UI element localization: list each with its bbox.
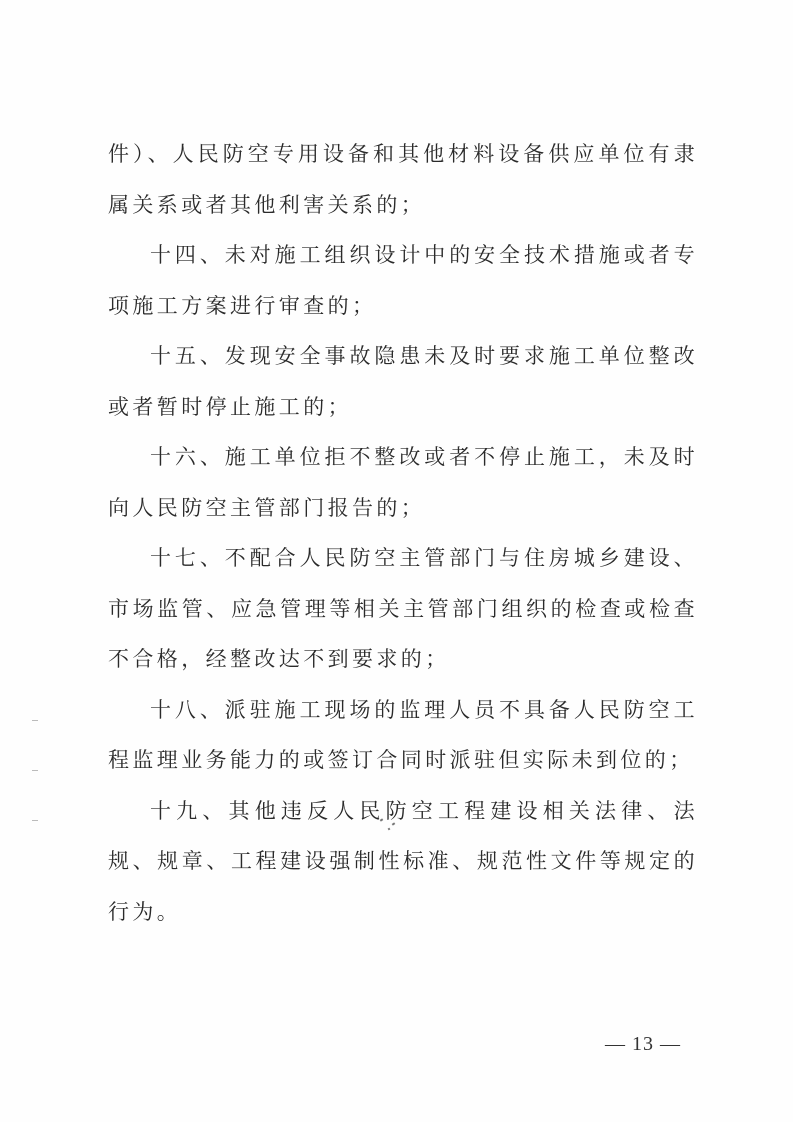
- page-number: — 13 —: [605, 1033, 681, 1056]
- scan-speck: [388, 828, 391, 831]
- paragraph-continuation: 件）、人民防空专用设备和其他材料设备供应单位有隶属关系或者其他利害关系的；: [108, 129, 698, 230]
- paragraph-item-15: 十五、发现安全事故隐患未及时要求施工单位整改或者暂时停止施工的；: [108, 331, 698, 432]
- scan-edge-mark: [32, 720, 38, 721]
- document-page: 件）、人民防空专用设备和其他材料设备供应单位有隶属关系或者其他利害关系的； 十四…: [0, 0, 793, 1122]
- paragraph-item-14: 十四、未对施工组织设计中的安全技术措施或者专项施工方案进行审查的；: [108, 230, 698, 331]
- scan-speck: [392, 822, 396, 825]
- paragraph-item-18: 十八、派驻施工现场的监理人员不具备人民防空工程监理业务能力的或签订合同时派驻但实…: [108, 685, 698, 786]
- scan-specks: [378, 815, 408, 831]
- paragraph-item-19: 十九、其他违反人民防空工程建设相关法律、法规、规章、工程建设强制性标准、规范性文…: [108, 786, 698, 938]
- paragraph-item-17: 十七、不配合人民防空主管部门与住房城乡建设、市场监管、应急管理等相关主管部门组织…: [108, 533, 698, 685]
- paragraph-item-16: 十六、施工单位拒不整改或者不停止施工，未及时向人民防空主管部门报告的；: [108, 432, 698, 533]
- scan-edge-mark: [32, 820, 38, 821]
- scan-edge-mark: [32, 770, 38, 771]
- scan-speck: [380, 818, 384, 821]
